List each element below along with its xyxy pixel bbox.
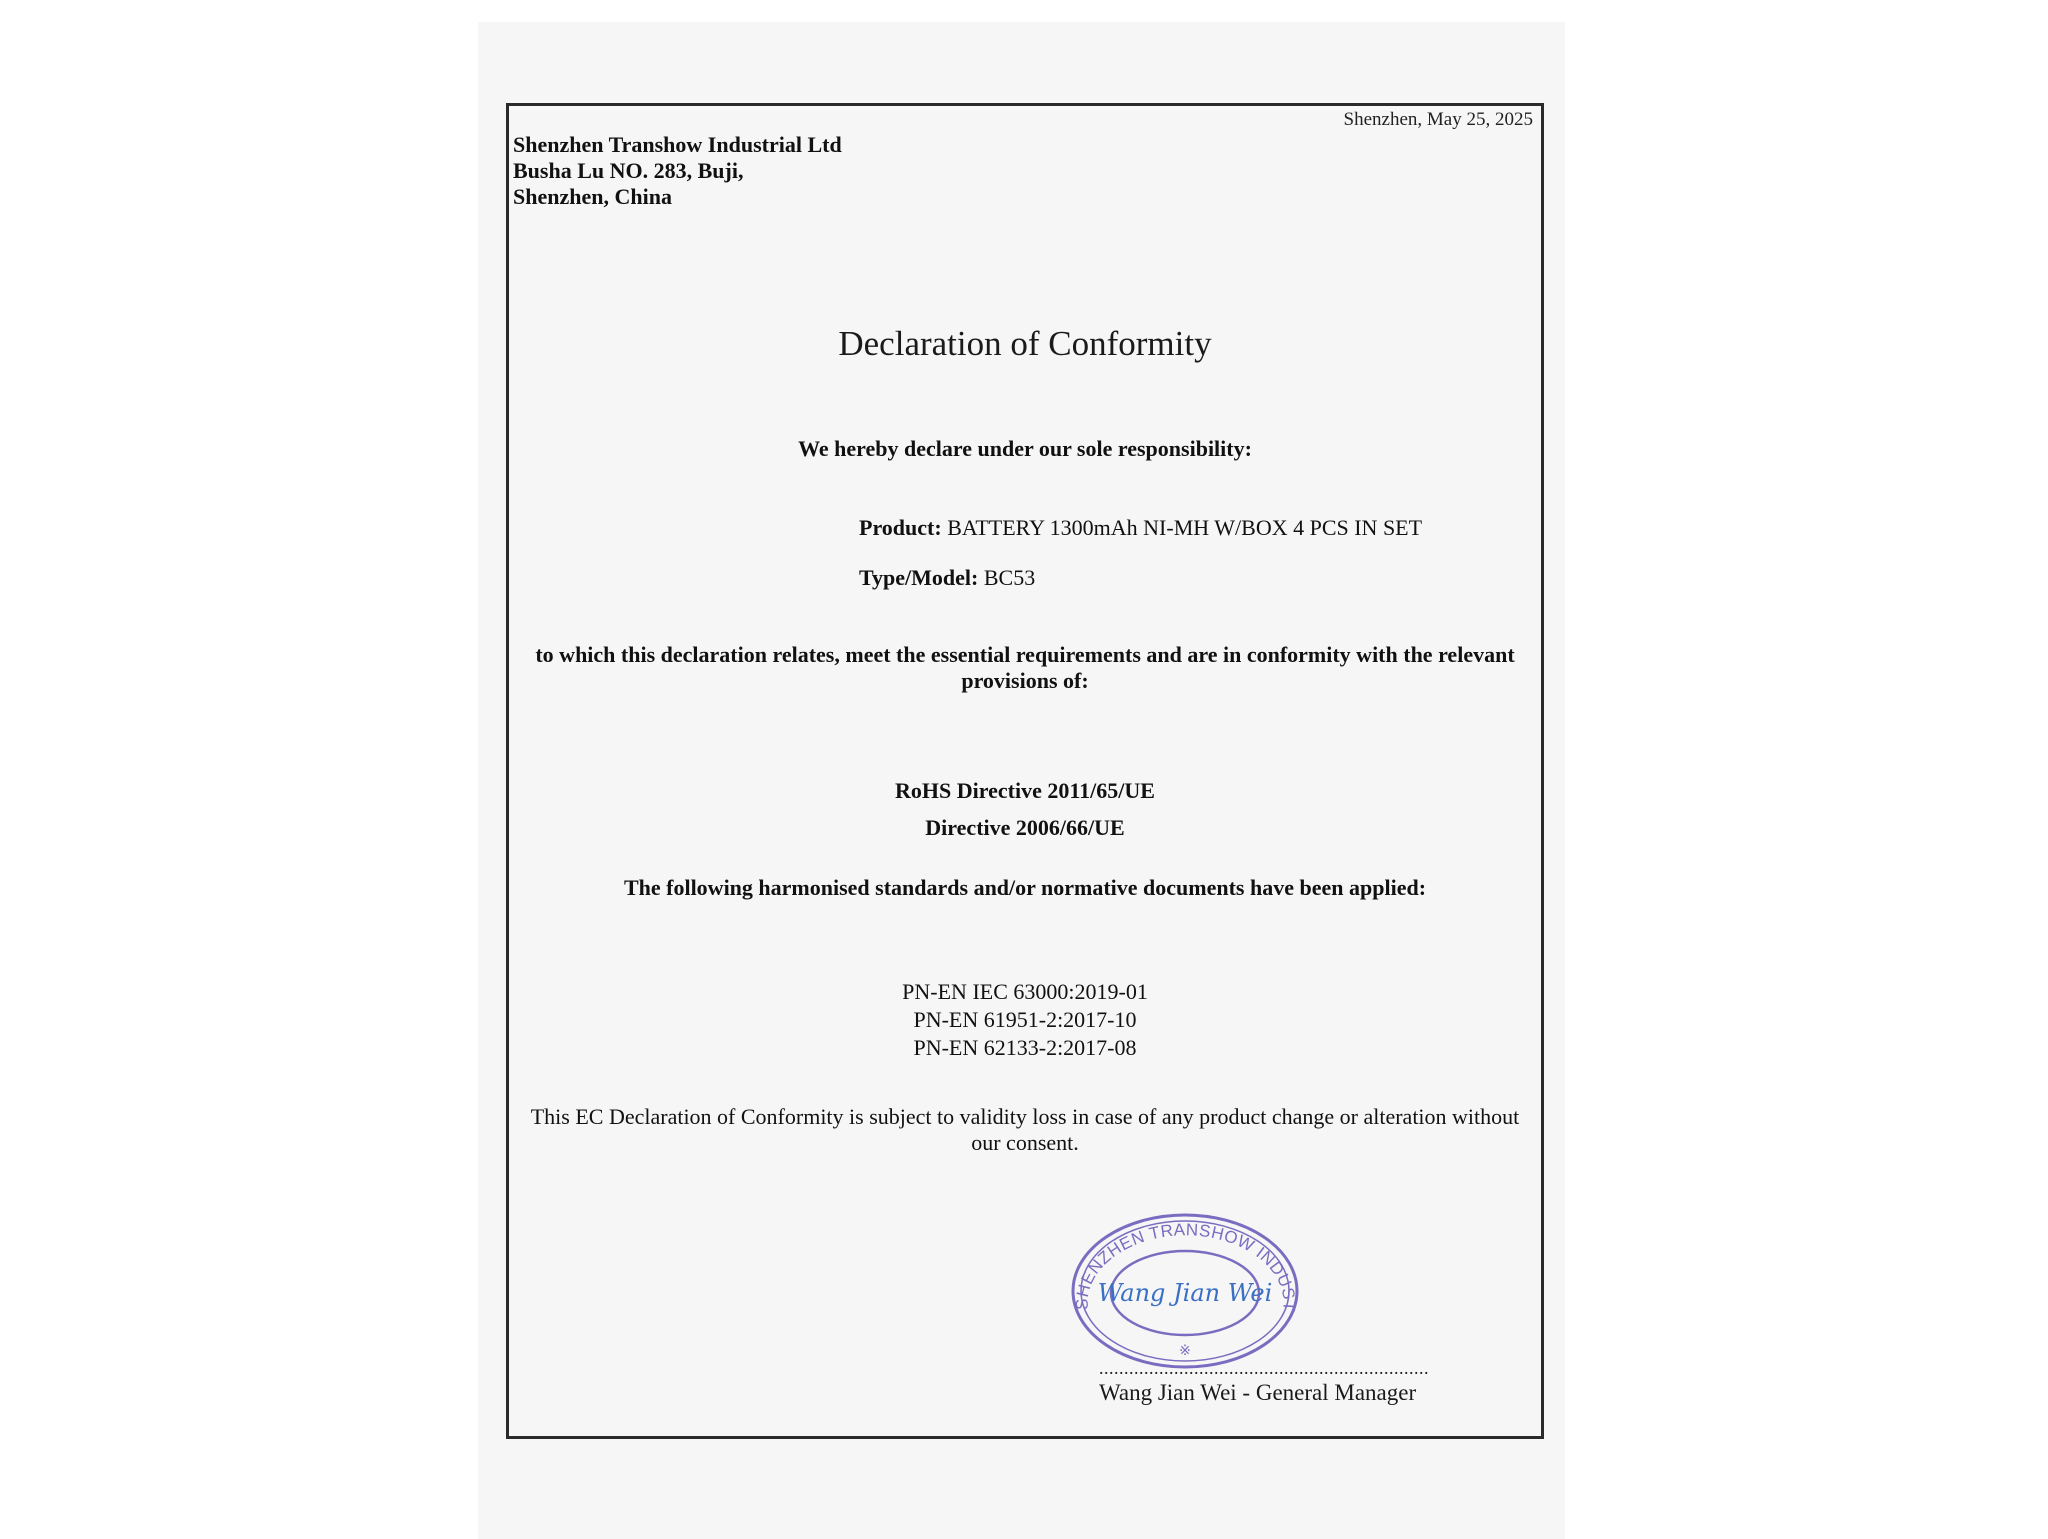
declaration-frame: Shenzhen, May 25, 2025 Shenzhen Transhow… bbox=[506, 103, 1544, 1439]
stamp-center-mark: ※ bbox=[1179, 1343, 1191, 1359]
company-name: Shenzhen Transhow Industrial Ltd bbox=[513, 132, 842, 158]
standard-item: PN-EN 62133-2:2017-08 bbox=[509, 1034, 1541, 1062]
model-label: Type/Model: bbox=[859, 565, 978, 590]
standard-item: PN-EN IEC 63000:2019-01 bbox=[509, 978, 1541, 1006]
company-stamp: SHENZHEN TRANSHOW INDUSTRIAL LTD Wang Ji… bbox=[1069, 1211, 1301, 1373]
date-line: Shenzhen, May 25, 2025 bbox=[1344, 109, 1533, 131]
model-row: Type/Model: BC53 bbox=[859, 565, 1035, 591]
standards-intro: The following harmonised standards and/o… bbox=[509, 875, 1541, 901]
company-address-line1: Busha Lu NO. 283, Buji, bbox=[513, 158, 842, 184]
model-value: BC53 bbox=[984, 565, 1035, 590]
product-value: BATTERY 1300mAh NI-MH W/BOX 4 PCS IN SET bbox=[947, 515, 1422, 540]
conformity-statement: to which this declaration relates, meet … bbox=[529, 642, 1521, 694]
signatory-name: Wang Jian Wei - General Manager bbox=[1099, 1380, 1416, 1406]
standard-item: PN-EN 61951-2:2017-10 bbox=[509, 1006, 1541, 1034]
stamp-signature: Wang Jian Wei bbox=[1098, 1279, 1273, 1307]
stamp-seal-icon: SHENZHEN TRANSHOW INDUSTRIAL LTD Wang Ji… bbox=[1069, 1211, 1301, 1373]
signature-line: ........................................… bbox=[1099, 1358, 1429, 1379]
directive-item: Directive 2006/66/UE bbox=[509, 815, 1541, 841]
standards-list: PN-EN IEC 63000:2019-01 PN-EN 61951-2:20… bbox=[509, 978, 1541, 1062]
product-label: Product: bbox=[859, 515, 942, 540]
company-address-block: Shenzhen Transhow Industrial Ltd Busha L… bbox=[513, 132, 842, 210]
company-address-line2: Shenzhen, China bbox=[513, 184, 842, 210]
validity-note: This EC Declaration of Conformity is sub… bbox=[519, 1104, 1531, 1156]
declaration-intro: We hereby declare under our sole respons… bbox=[509, 436, 1541, 462]
directive-item: RoHS Directive 2011/65/UE bbox=[509, 778, 1541, 804]
document-title: Declaration of Conformity bbox=[509, 324, 1541, 364]
product-row: Product: BATTERY 1300mAh NI-MH W/BOX 4 P… bbox=[859, 515, 1422, 541]
